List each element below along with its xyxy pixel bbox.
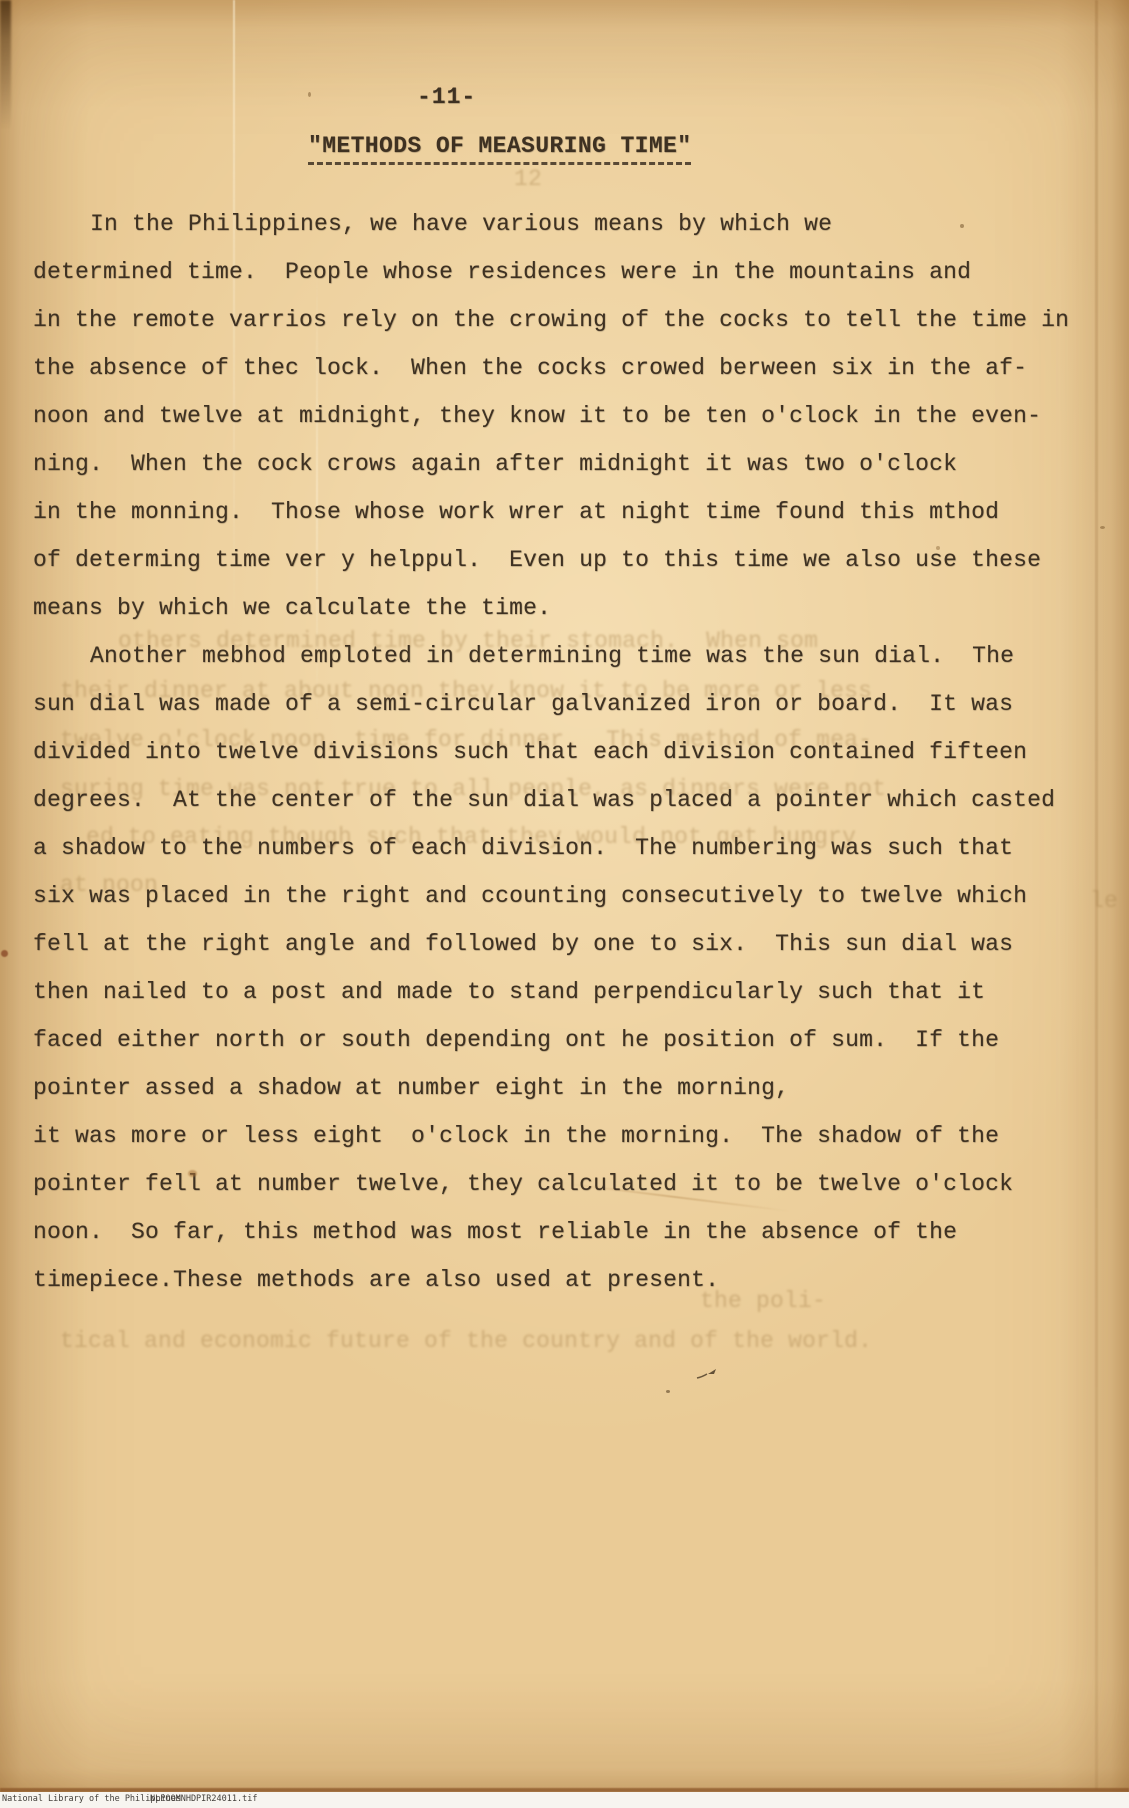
text-line: six was placed in the right and ccountin…	[33, 872, 1118, 920]
paper-speck	[1100, 526, 1105, 529]
paper-speck	[666, 1390, 670, 1393]
text-line: Another mebhod emploted in determining t…	[33, 632, 1118, 680]
text-line: it was more or less eight o'clock in the…	[33, 1112, 1118, 1160]
paper-speck	[308, 92, 311, 97]
scan-footer-bar: National Library of the Philippines NLPO…	[0, 1792, 1129, 1808]
text-line: faced either north or south depending on…	[33, 1016, 1118, 1064]
text-line: noon. So far, this method was most relia…	[33, 1208, 1118, 1256]
paper-speck	[960, 224, 964, 228]
page-number: -11-	[417, 84, 476, 110]
text-line: means by which we calculate the time.	[33, 584, 1118, 632]
text-line: ning. When the cock crows again after mi…	[33, 440, 1118, 488]
text-line: timepiece.These methods are also used at…	[33, 1256, 1118, 1304]
text-line: in the monning. Those whose work wrer at…	[33, 488, 1118, 536]
page-title: "METHODS OF MEASURING TIME"	[308, 133, 691, 165]
text-line: determined time. People whose residences…	[33, 248, 1118, 296]
text-line: a shadow to the numbers of each division…	[33, 824, 1118, 872]
paper-speck	[188, 1170, 197, 1177]
text-line: in the remote varrios rely on the crowin…	[33, 296, 1118, 344]
pen-mark	[694, 1362, 724, 1386]
text-line: pointer assed a shadow at number eight i…	[33, 1064, 1118, 1112]
text-line: of determing time ver y helppul. Even up…	[33, 536, 1118, 584]
text-line: the absence of thec lock. When the cocks…	[33, 344, 1118, 392]
filename-label: NLPOOMNHDPIR24011.tif	[150, 1792, 257, 1807]
paper-speck	[936, 546, 940, 550]
text-line: In the Philippines, we have various mean…	[33, 200, 1118, 248]
text-line: degrees. At the center of the sun dial w…	[33, 776, 1118, 824]
text-line: divided into twelve divisions such that …	[33, 728, 1118, 776]
text-line: then nailed to a post and made to stand …	[33, 968, 1118, 1016]
text-line: sun dial was made of a semi-circular gal…	[33, 680, 1118, 728]
scanned-page: 12others determined time by their stomac…	[0, 0, 1129, 1808]
text-line: fell at the right angle and followed by …	[33, 920, 1118, 968]
paper-speck	[1, 950, 8, 957]
typewritten-text: In the Philippines, we have various mean…	[33, 200, 1118, 1304]
text-line: pointer fell at number twelve, they calc…	[33, 1160, 1118, 1208]
text-line: noon and twelve at midnight, they know i…	[33, 392, 1118, 440]
scan-edge-shadow	[0, 0, 11, 130]
